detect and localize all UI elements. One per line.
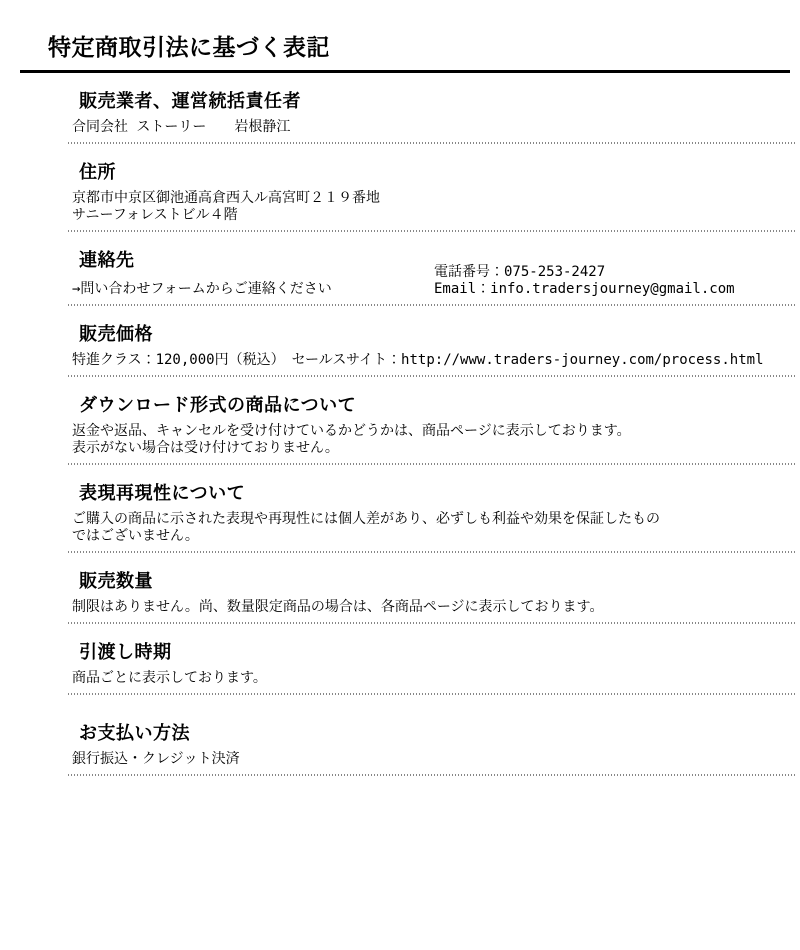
section-text-line: 特進クラス：120,000円（税込） セールスサイト：http://www.tr… (68, 352, 795, 369)
section-text-line: 返金や返品、キャンセルを受け付けているかどうかは、商品ページに表示しております。 (68, 423, 795, 440)
section-text-line: サニーフォレストビル４階 (68, 207, 795, 224)
contact-details: 電話番号：075-253-2427Email：info.tradersjourn… (430, 264, 735, 298)
section-seller: 販売業者、運営統括責任者合同会社 ストーリー 岩根静江 (68, 73, 795, 144)
contact-note: →問い合わせフォームからご連絡ください (68, 281, 430, 298)
section-download-products: ダウンロード形式の商品について返金や返品、キャンセルを受け付けているかどうかは、… (68, 377, 795, 465)
section-heading-reproducibility: 表現再現性について (68, 482, 795, 504)
section-heading-address: 住所 (68, 161, 795, 183)
section-price: 販売価格特進クラス：120,000円（税込） セールスサイト：http://ww… (68, 306, 795, 377)
section-text-line: 銀行振込・クレジット決済 (68, 751, 795, 768)
section-text-line: 制限はありません。尚、数量限定商品の場合は、各商品ページに表示しております。 (68, 599, 795, 616)
page-title: 特定商取引法に基づく表記 (48, 34, 800, 60)
section-quantity: 販売数量制限はありません。尚、数量限定商品の場合は、各商品ページに表示しておりま… (68, 553, 795, 624)
page-header: 特定商取引法に基づく表記 (0, 0, 800, 73)
section-text-line: ご購入の商品に示された表現や再現性には個人差があり、必ずしも利益や効果を保証した… (68, 511, 795, 528)
section-reproducibility: 表現再現性についてご購入の商品に示された表現や再現性には個人差があり、必ずしも利… (68, 465, 795, 553)
section-heading-payment: お支払い方法 (68, 722, 795, 744)
email-address: Email：info.tradersjourney@gmail.com (430, 281, 735, 298)
phone-number: 電話番号：075-253-2427 (430, 264, 735, 281)
section-text-line: 京都市中京区御池通高倉西入ル高宮町２１９番地 (68, 190, 795, 207)
section-payment: お支払い方法銀行振込・クレジット決済 (68, 695, 795, 776)
section-heading-seller: 販売業者、運営統括責任者 (68, 90, 795, 112)
section-text-line: 合同会社 ストーリー 岩根静江 (68, 119, 795, 136)
section-text-line: ではございません。 (68, 528, 795, 545)
section-contact: 連絡先→問い合わせフォームからご連絡ください電話番号：075-253-2427E… (68, 232, 795, 306)
section-heading-delivery: 引渡し時期 (68, 641, 795, 663)
sections-container: 販売業者、運営統括責任者合同会社 ストーリー 岩根静江住所京都市中京区御池通高倉… (68, 73, 795, 776)
section-text-line: 商品ごとに表示しております。 (68, 670, 795, 687)
section-text-line: 表示がない場合は受け付けておりません。 (68, 440, 795, 457)
section-delivery: 引渡し時期商品ごとに表示しております。 (68, 624, 795, 695)
legal-notice-page: 特定商取引法に基づく表記 販売業者、運営統括責任者合同会社 ストーリー 岩根静江… (0, 0, 800, 950)
section-divider (68, 774, 795, 776)
section-heading-price: 販売価格 (68, 323, 795, 345)
section-heading-quantity: 販売数量 (68, 570, 795, 592)
section-heading-download-products: ダウンロード形式の商品について (68, 394, 795, 416)
section-address: 住所京都市中京区御池通高倉西入ル高宮町２１９番地サニーフォレストビル４階 (68, 144, 795, 232)
